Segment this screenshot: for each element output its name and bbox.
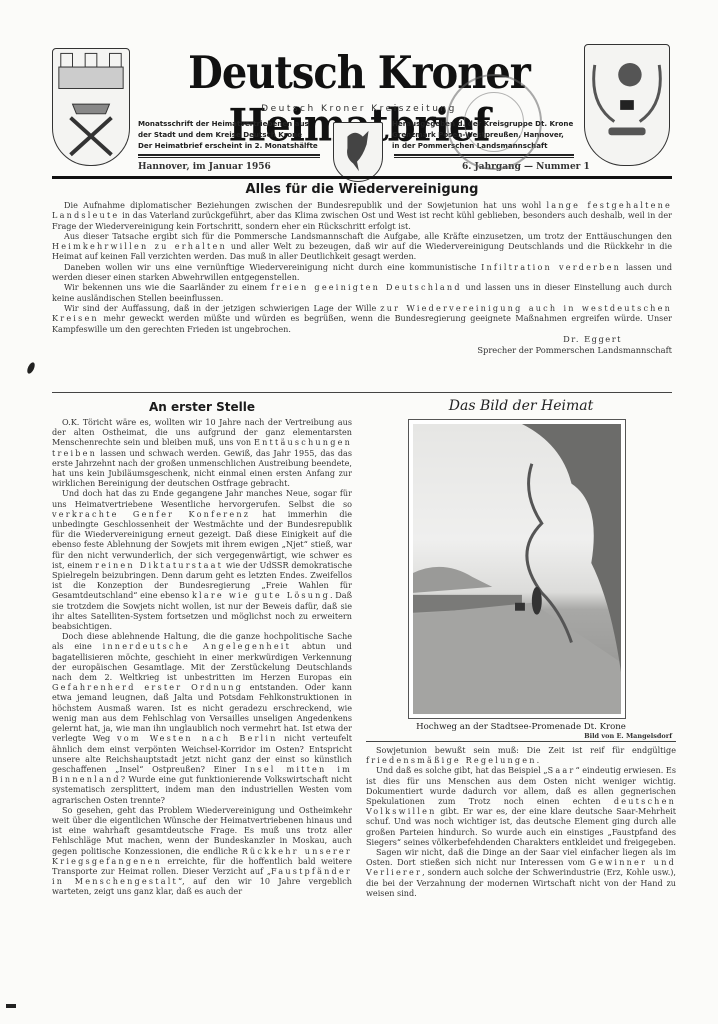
place-date: Hannover, im Januar 1956 <box>138 162 271 172</box>
paragraph: O.K. Töricht wäre es, wollten wir 10 Jah… <box>52 417 352 488</box>
emphasis-spaced: vom Westen nach Berlin <box>117 733 278 743</box>
emphasis-spaced: freien geeinigten Deutschland <box>271 282 462 292</box>
landscape-photo <box>413 424 621 714</box>
emphasis-spaced: klare wie gute Lösung <box>192 590 330 600</box>
emphasis-spaced: Gefahrenherd erster Ordnung <box>52 682 243 692</box>
lead-article: Alles für die Wiedervereinigung Die Aufn… <box>52 182 672 356</box>
photo-caption: Hochweg an der Stadtsee-Promenade Dt. Kr… <box>366 722 676 732</box>
emphasis-spaced: deutschen Volkswillen <box>366 796 676 816</box>
emphasis-spaced: Faustpfänder in Menschengestalt <box>52 866 352 886</box>
paragraph: So gesehen, geht das Problem Wiederverei… <box>52 805 352 897</box>
paragraph: Wir bekennen uns wie die Saarländer zu e… <box>52 282 672 303</box>
emphasis-spaced: lange festgehaltene Landsleute <box>52 200 672 220</box>
signature: Dr. Eggert Sprecher der Pommerschen Land… <box>52 334 672 356</box>
lead-headline: Alles für die Wiedervereinigung <box>52 182 672 197</box>
emphasis-spaced: Gewinner und Verlierer <box>366 857 676 877</box>
photo-credit: Bild von E. Mangelsdorf <box>366 732 676 740</box>
left-article-body: O.K. Töricht wäre es, wollten wir 10 Jah… <box>52 417 352 897</box>
masthead-divider <box>52 176 672 179</box>
griffin-shield-icon <box>333 122 383 182</box>
paragraph: Doch diese ablehnende Haltung, die die g… <box>52 631 352 804</box>
publication-info-left: Monatsschrift der Heimatvertriebenen aus… <box>138 118 328 151</box>
emphasis-spaced: Enttäuschungen treiben <box>52 437 352 457</box>
paragraph: Wir sind der Auffassung, daß in der jetz… <box>52 303 672 334</box>
paragraph: Sowjetunion bewußt sein muß: Die Zeit is… <box>366 745 676 765</box>
emphasis-spaced: Rückkehr unserer Kriegsgefangenen <box>52 846 352 866</box>
divider <box>138 154 320 158</box>
emphasis-spaced: zur Wiedervereinigung auch in westdeutsc… <box>52 303 672 323</box>
paragraph: Die Aufnahme diplomatischer Beziehungen … <box>52 200 672 231</box>
emphasis-spaced: Insel mitten im Binnenland <box>52 764 352 784</box>
left-article: An erster Stelle O.K. Töricht wäre es, w… <box>52 400 352 897</box>
emphasis-spaced: Infiltration verderben <box>481 262 621 272</box>
emphasis-spaced: verkrachte Genfer Konferenz <box>52 509 250 519</box>
picture-heading: Das Bild der Heimat <box>366 398 676 414</box>
district-crest-icon <box>584 44 670 166</box>
ink-mark <box>26 361 37 374</box>
left-article-headline: An erster Stelle <box>52 400 352 414</box>
emphasis-spaced: innerdeutsche Angelegenheit <box>103 641 291 651</box>
photo-frame <box>408 419 626 719</box>
right-column: Das Bild der Heimat Hochweg an der Stadt… <box>366 398 676 898</box>
paragraph: Sagen wir nicht, daß die Dinge an der Sa… <box>366 847 676 898</box>
emphasis-spaced: reinen Diktaturstaat <box>95 560 223 570</box>
emphasis-spaced: Saar <box>548 765 576 775</box>
divider <box>366 741 676 742</box>
paragraph: Und daß es solche gibt, hat das Beispiel… <box>366 765 676 847</box>
masthead: Deutsch Kroner Heimatbrief Deutsch Krone… <box>0 0 718 170</box>
town-crest-icon <box>52 48 130 166</box>
paragraph: Und doch hat das zu Ende gegangene Jahr … <box>52 488 352 631</box>
emphasis-spaced: Heimkehrwillen zu erhalten <box>52 241 227 251</box>
lead-body: Die Aufnahme diplomatischer Beziehungen … <box>52 200 672 334</box>
paragraph: Daneben wollen wir uns eine vernünftige … <box>52 262 672 283</box>
divider <box>52 392 672 393</box>
paragraph: Aus dieser Tatsache ergibt sich für die … <box>52 231 672 262</box>
right-article-body: Sowjetunion bewußt sein muß: Die Zeit is… <box>366 745 676 898</box>
emphasis-spaced: friedensmäßige Regelungen <box>366 755 537 765</box>
library-stamp-icon <box>446 74 542 170</box>
ink-mark <box>6 1004 16 1008</box>
